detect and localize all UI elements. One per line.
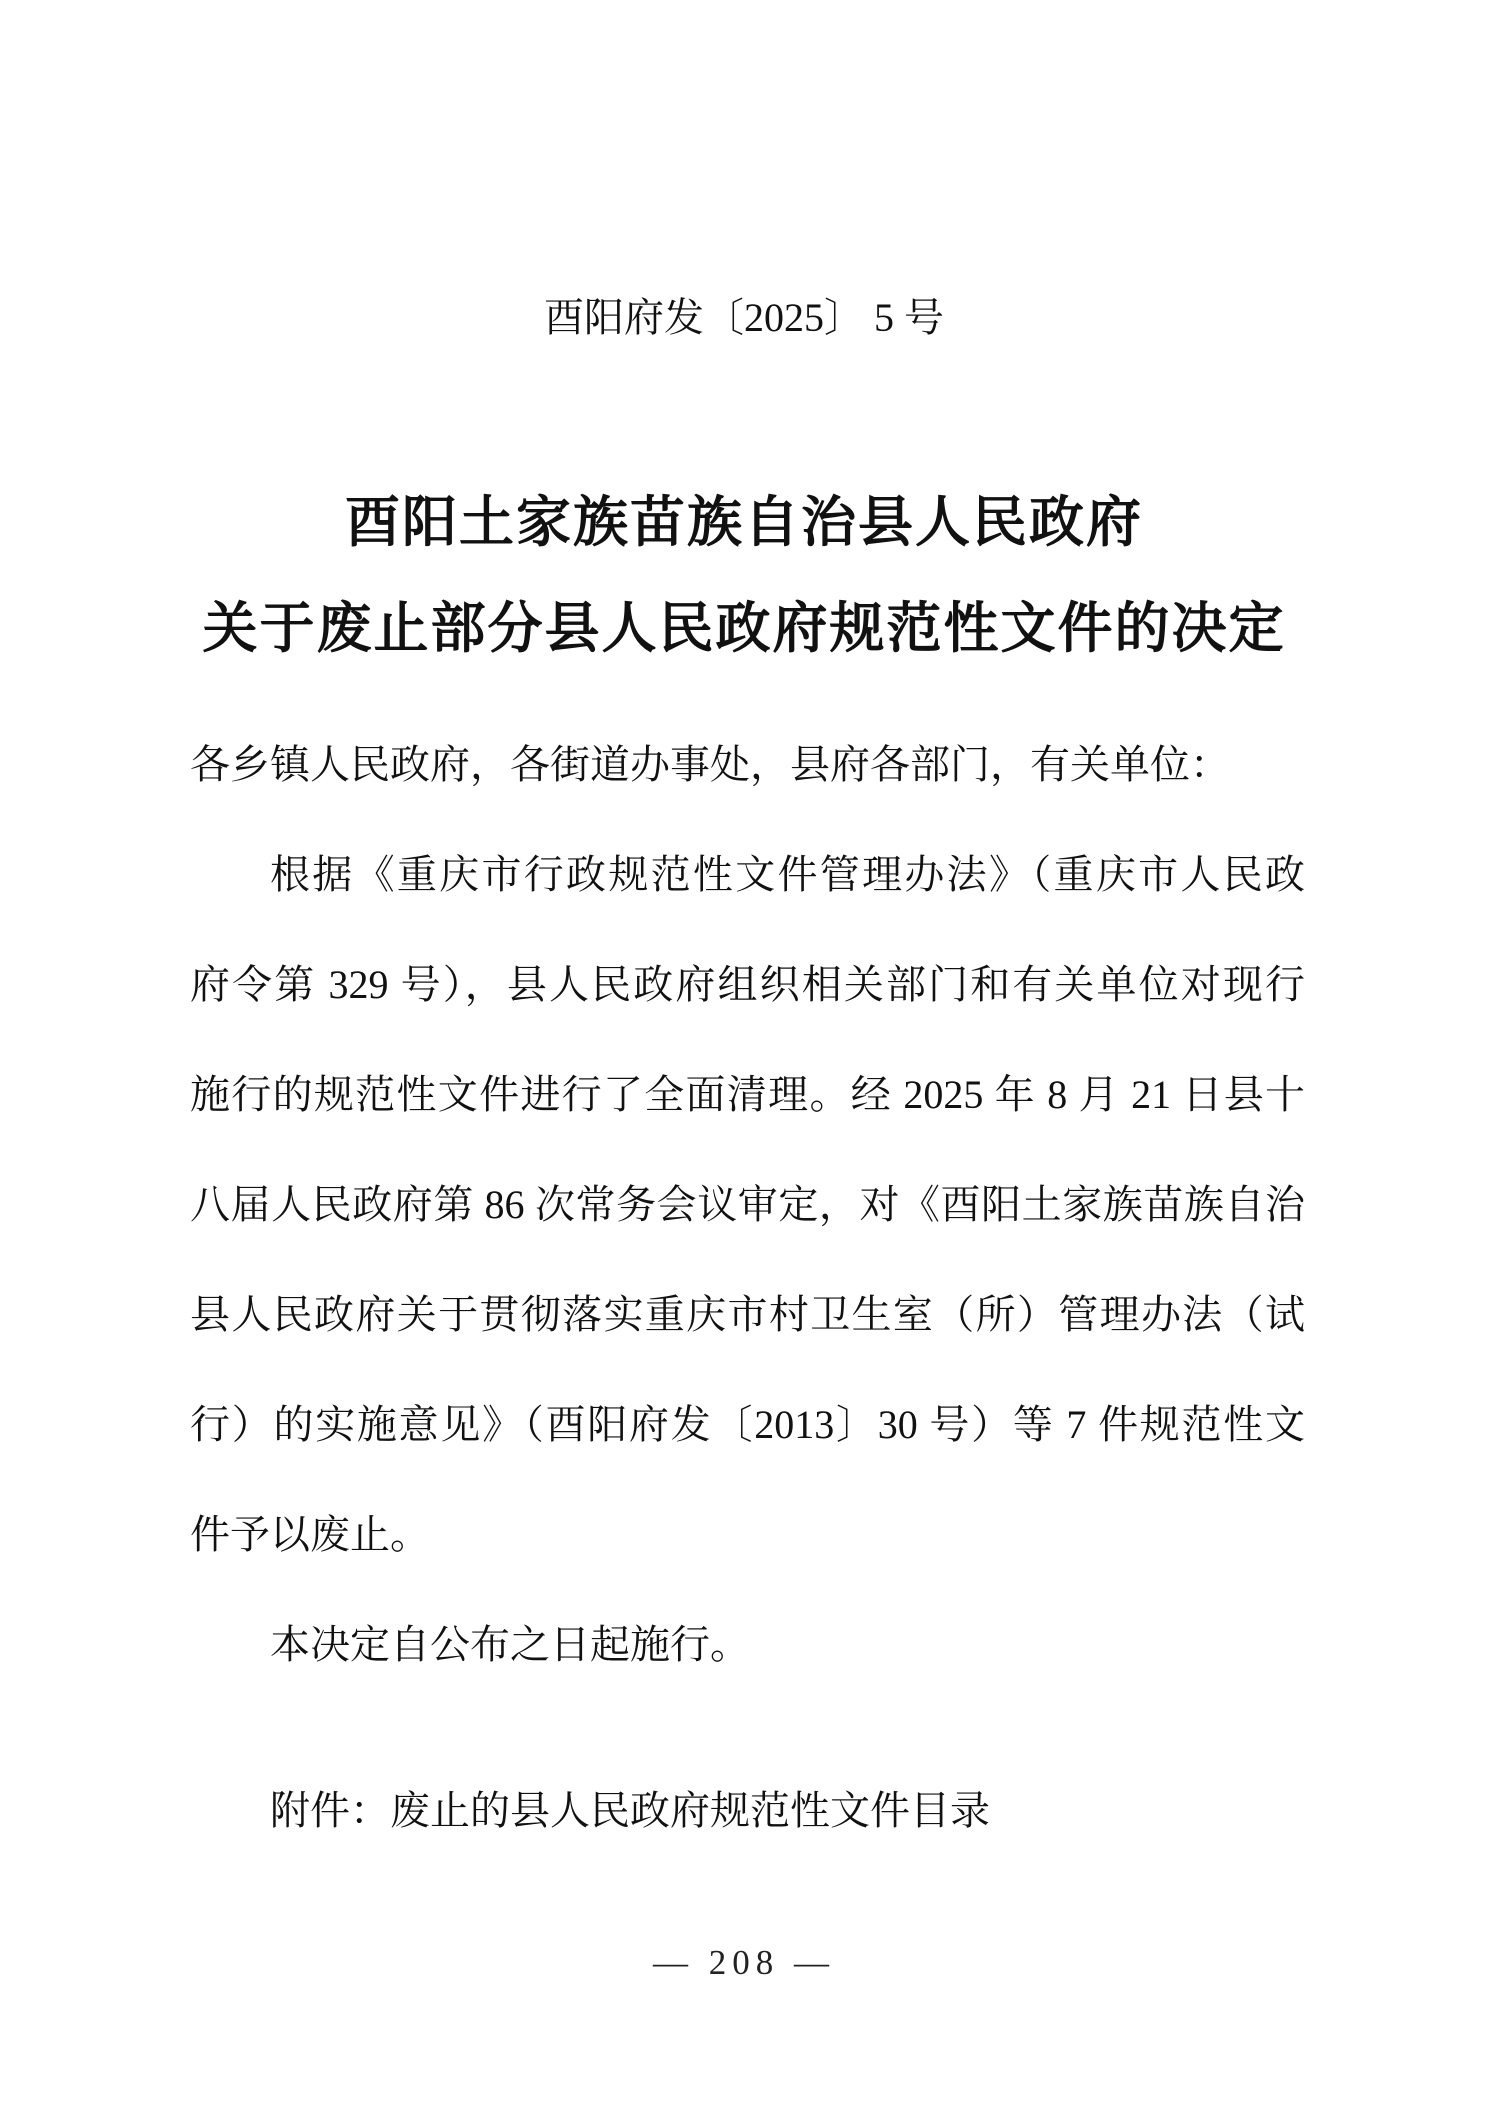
paragraph-1-line-5: 县人民政府关于贯彻落实重庆市村卫生室（所）管理办法（试 (190, 1260, 1305, 1370)
paragraph-1-line-1: 根据《重庆市行政规范性文件管理办法》（重庆市人民政 (190, 820, 1305, 930)
document-page: 酉阳府发〔2025〕 5 号 酉阳土家族苗族自治县人民政府 关于废止部分县人民政… (0, 0, 1488, 2105)
paragraph-1-line-2: 府令第 329 号），县人民政府组织相关部门和有关单位对现行 (190, 930, 1305, 1040)
document-title: 酉阳土家族苗族自治县人民政府 关于废止部分县人民政府规范性文件的决定 (0, 470, 1488, 682)
salutation-line: 各乡镇人民政府，各街道办事处，县府各部门，有关单位： (190, 710, 1305, 820)
paragraph-2: 本决定自公布之日起施行。 (190, 1590, 1305, 1700)
paragraph-1: 根据《重庆市行政规范性文件管理办法》（重庆市人民政 府令第 329 号），县人民… (190, 820, 1305, 1590)
paragraph-1-line-4: 八届人民政府第 86 次常务会议审定，对《酉阳土家族苗族自治 (190, 1150, 1305, 1260)
document-title-line-2: 关于废止部分县人民政府规范性文件的决定 (0, 576, 1488, 682)
paragraph-1-line-6: 行）的实施意见》（酉阳府发〔2013〕30 号）等 7 件规范性文 (190, 1370, 1305, 1480)
document-number: 酉阳府发〔2025〕 5 号 (0, 294, 1488, 342)
attachment-line: 附件：废止的县人民政府规范性文件目录 (190, 1756, 1305, 1866)
document-title-line-1: 酉阳土家族苗族自治县人民政府 (0, 470, 1488, 576)
paragraph-1-line-7: 件予以废止。 (190, 1480, 1305, 1590)
page-number: — 208 — (0, 1942, 1488, 1984)
document-body: 各乡镇人民政府，各街道办事处，县府各部门，有关单位： 根据《重庆市行政规范性文件… (190, 710, 1305, 1866)
paragraph-1-line-3: 施行的规范性文件进行了全面清理。经 2025 年 8 月 21 日县十 (190, 1040, 1305, 1150)
